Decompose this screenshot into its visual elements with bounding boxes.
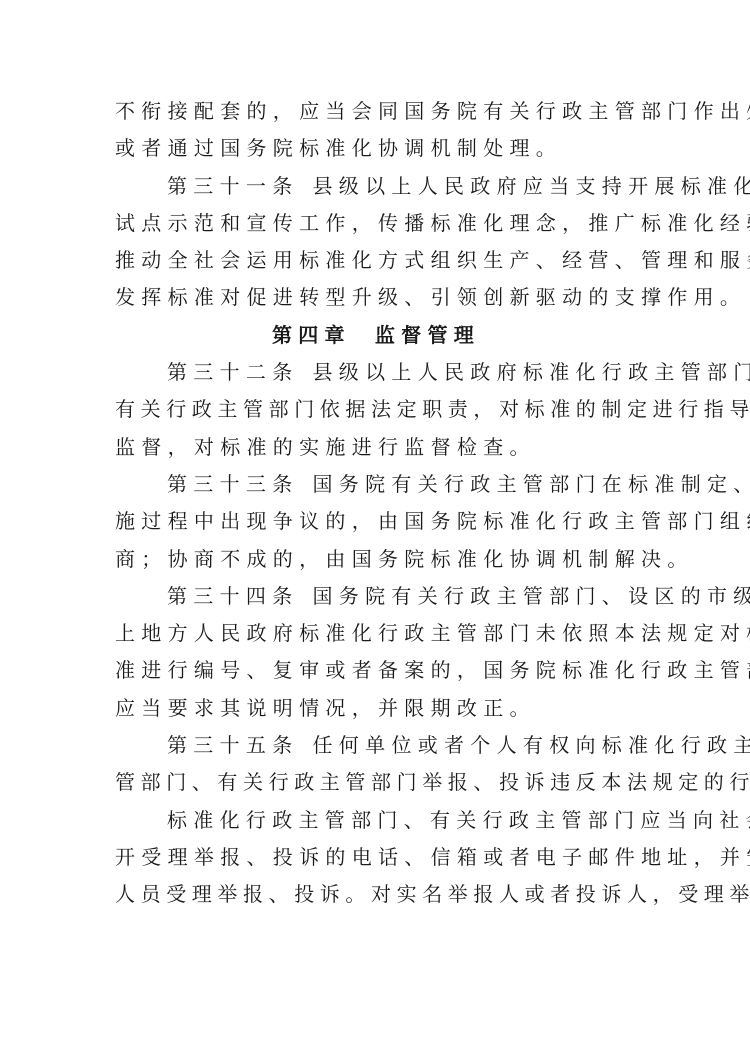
paragraph-line: 标准化行政主管部门、有关行政主管部门应当向社会公 (115, 802, 643, 839)
paragraph-line: 应当要求其说明情况，并限期改正。 (115, 690, 643, 727)
paragraph-line: 准进行编号、复审或者备案的，国务院标准化行政主管部门 (115, 652, 643, 689)
paragraph-line: 施过程中出现争议的，由国务院标准化行政主管部门组织协 (115, 503, 643, 540)
paragraph-line: 试点示范和宣传工作，传播标准化理念，推广标准化经验， (115, 205, 643, 242)
paragraph-line: 或者通过国务院标准化协调机制处理。 (115, 130, 643, 167)
article-33-first-line: 第三十三条国务院有关行政主管部门在标准制定、实 (115, 466, 643, 503)
paragraph-line: 发挥标准对促进转型升级、引领创新驱动的支撑作用。 (115, 279, 643, 316)
paragraph-line: 推动全社会运用标准化方式组织生产、经营、管理和服务， (115, 242, 643, 279)
article-31-first-line: 第三十一条县级以上人民政府应当支持开展标准化 (115, 168, 643, 205)
paragraph-line: 有关行政主管部门依据法定职责，对标准的制定进行指导和 (115, 391, 643, 428)
document-page: 不衔接配套的，应当会同国务院有关行政主管部门作出处理 或者通过国务院标准化协调机… (115, 93, 643, 914)
article-number: 第三十四条 (167, 584, 299, 608)
chapter-title: 监督管理 (375, 323, 480, 347)
chapter-number: 第四章 (272, 323, 351, 347)
article-32-first-line: 第三十二条县级以上人民政府标准化行政主管部门、 (115, 354, 643, 391)
paragraph-line: 上地方人民政府标准化行政主管部门未依照本法规定对标 (115, 615, 643, 652)
article-text: 任何单位或者个人有权向标准化行政主 (313, 733, 750, 757)
article-text: 县级以上人民政府应当支持开展标准化 (313, 174, 750, 198)
article-35-first-line: 第三十五条任何单位或者个人有权向标准化行政主 (115, 727, 643, 764)
paragraph-line: 不衔接配套的，应当会同国务院有关行政主管部门作出处理 (115, 93, 643, 130)
article-number: 第三十二条 (167, 360, 299, 384)
paragraph-line: 管部门、有关行政主管部门举报、投诉违反本法规定的行为。 (115, 764, 643, 801)
paragraph-line: 开受理举报、投诉的电话、信箱或者电子邮件地址，并安排 (115, 839, 643, 876)
article-text: 国务院有关行政主管部门在标准制定、实 (313, 472, 750, 496)
article-text: 县级以上人民政府标准化行政主管部门、 (313, 360, 750, 384)
paragraph-line: 人员受理举报、投诉。对实名举报人或者投诉人，受理举报、 (115, 876, 643, 913)
article-34-first-line: 第三十四条国务院有关行政主管部门、设区的市级以 (115, 578, 643, 615)
article-text: 国务院有关行政主管部门、设区的市级以 (313, 584, 750, 608)
paragraph-line: 商；协商不成的，由国务院标准化协调机制解决。 (115, 541, 643, 578)
article-number: 第三十一条 (167, 174, 299, 198)
article-number: 第三十三条 (167, 472, 299, 496)
chapter-heading: 第四章监督管理 (115, 317, 643, 354)
article-number: 第三十五条 (167, 733, 299, 757)
paragraph-line: 监督，对标准的实施进行监督检查。 (115, 429, 643, 466)
